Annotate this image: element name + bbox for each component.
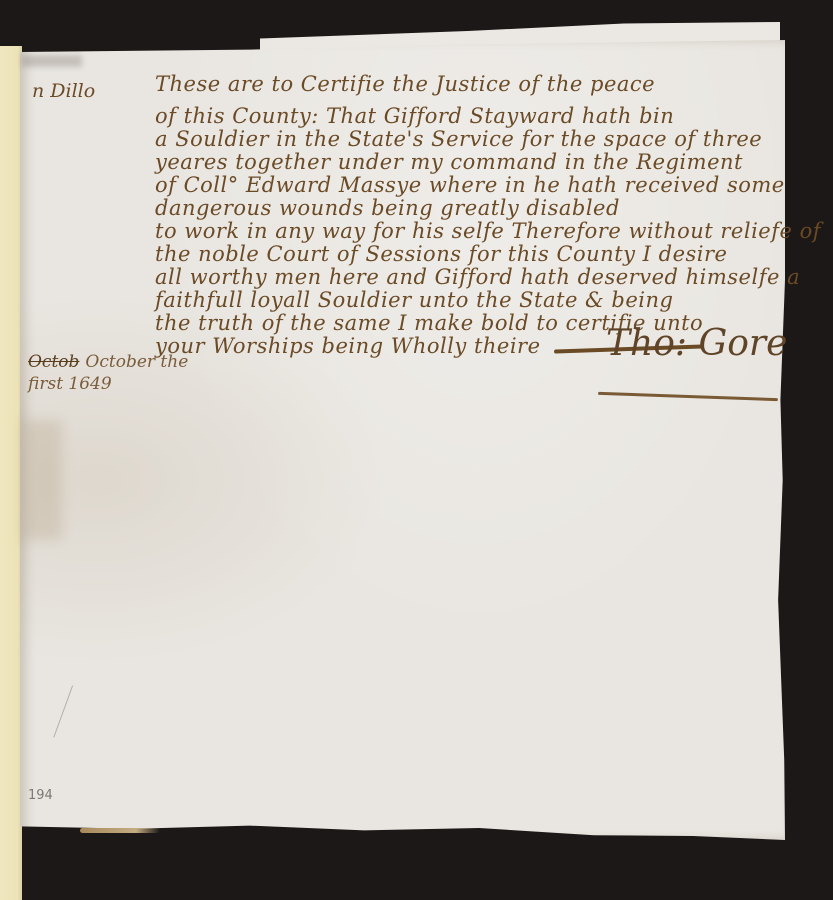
- stain-mark: [22, 420, 62, 540]
- stain-mark: [22, 55, 82, 67]
- body-line: to work in any way for his selfe Therefo…: [155, 219, 821, 243]
- ink-smear: [80, 828, 160, 833]
- body-line: all worthy men here and Gifford hath des…: [155, 265, 800, 289]
- margin-note: n Dillo: [32, 80, 95, 102]
- body-line: of this County: That Gifford Stayward ha…: [155, 104, 674, 128]
- body-line: the noble Court of Sessions for this Cou…: [155, 242, 727, 266]
- body-line: your Worships being Wholly theire: [155, 334, 541, 358]
- body-line: of Coll° Edward Massye where in he hath …: [155, 173, 785, 197]
- body-line: These are to Certifie the Justice of the…: [155, 72, 655, 96]
- body-line: faithfull loyall Souldier unto the State…: [155, 288, 673, 312]
- signature-underline: [598, 392, 778, 401]
- body-line: yeares together under my command in the …: [155, 150, 743, 174]
- struck-word: Octob: [28, 352, 79, 372]
- date-note-line-2: first 1649: [28, 374, 112, 394]
- body-line: dangerous wounds being greatly disabled: [155, 196, 620, 220]
- signature-text: Tho: Gore: [606, 323, 787, 364]
- date-note-line-1: OctobOctober the: [28, 352, 188, 372]
- archival-backing-card: [0, 46, 22, 900]
- date-note-text: October the: [85, 352, 188, 372]
- body-line: a Souldier in the State's Service for th…: [155, 127, 762, 151]
- folio-number: 194: [28, 788, 53, 803]
- signature: Tho: Gore: [548, 315, 788, 415]
